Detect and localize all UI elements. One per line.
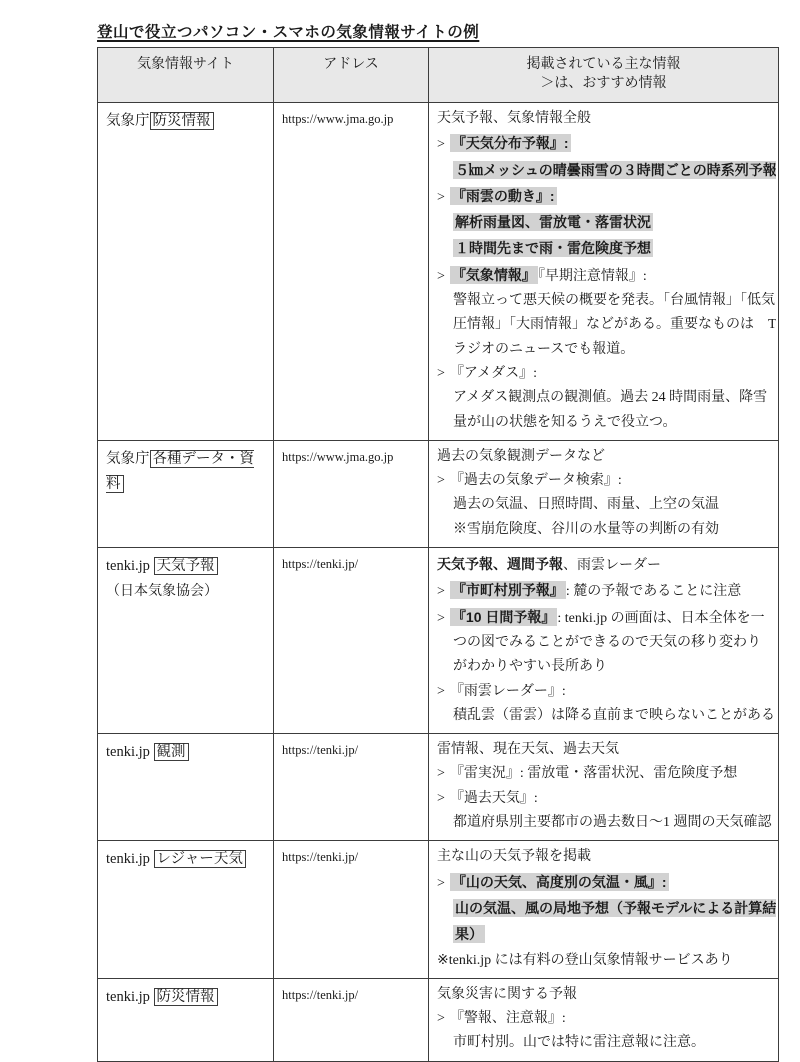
text-segment: 『アメダス』:	[450, 366, 537, 381]
info-line: アメダス観測点の観測値。過去 24 時間雨量、降雪	[437, 386, 776, 410]
info-line: ※tenki.jp には有料の登山気象情報サービスあり	[437, 949, 776, 973]
info-line: >『雨雲の動き』:	[437, 184, 776, 210]
info-line: 量が山の状態を知るうえで役立つ。	[437, 411, 776, 435]
info-cell: 主な山の天気予報を掲載>『山の天気、高度別の気温・風』:山の気温、風の局地予想（…	[429, 841, 779, 978]
text-segment: つの図でみることができるので天気の移り変わり	[453, 635, 761, 650]
document-page: 登山で役立つパソコン・スマホの気象情報サイトの例 気象情報サイト アドレス 掲載…	[0, 0, 800, 997]
text-segment: 『過去の気象データ検索』:	[450, 473, 622, 488]
site-name: 気象庁	[106, 113, 150, 129]
info-line: >『気象情報』『早期注意情報』:	[437, 263, 776, 289]
site-name: tenki.jp	[106, 989, 154, 1005]
table-row: 気象庁防災情報https://www.jma.go.jp天気予報、気象情報全般>…	[98, 103, 779, 441]
weather-sites-table: 気象情報サイト アドレス 掲載されている主な情報 ＞は、おすすめ情報 気象庁防災…	[97, 47, 779, 1062]
info-line: 解析雨量図、雷放電・落雷状況	[437, 210, 776, 236]
text-segment: 天気予報、気象情報全般	[437, 111, 591, 126]
recommend-marker: >	[437, 269, 445, 284]
table-row: 気象庁各種データ・資料https://www.jma.go.jp過去の気象観測デ…	[98, 440, 779, 547]
header-info-line1: 掲載されている主な情報	[433, 55, 774, 74]
text-segment: 過去の気象観測データなど	[437, 449, 605, 464]
text-segment: 『天気分布予報』:	[450, 134, 571, 152]
recommend-marker: >	[437, 1011, 445, 1026]
address-cell: https://tenki.jp/	[274, 978, 429, 1061]
text-segment: : 麓の予報であることに注意	[566, 584, 741, 599]
header-site: 気象情報サイト	[98, 48, 274, 103]
info-line: 気象災害に関する予報	[437, 983, 776, 1007]
info-cell: 気象災害に関する予報>『警報、注意報』:市町村別。山では特に雷注意報に注意。	[429, 978, 779, 1061]
recommend-marker: >	[437, 876, 445, 891]
site-cell: tenki.jp 防災情報	[98, 978, 274, 1061]
site-name-line: tenki.jp 天気予報	[106, 554, 269, 579]
text-segment: 圧情報」「大雨情報」などがある。重要なものは TV・	[453, 317, 776, 332]
site-name-line: 気象庁各種データ・資料	[106, 447, 269, 497]
text-segment: 『山の天気、高度別の気温・風』:	[450, 873, 669, 891]
address-cell: https://www.jma.go.jp	[274, 440, 429, 547]
info-line: 天気予報、週間予報、雨雲レーダー	[437, 552, 776, 578]
text-segment: 『早期注意情報』:	[538, 269, 647, 284]
site-name-line: tenki.jp レジャー天気	[106, 847, 269, 872]
address-cell: https://www.jma.go.jp	[274, 103, 429, 441]
text-segment: 『雨雲の動き』:	[450, 187, 557, 205]
site-cell: 気象庁各種データ・資料	[98, 440, 274, 547]
info-cell: 天気予報、週間予報、雨雲レーダー>『市町村別予報』: 麓の予報であることに注意>…	[429, 548, 779, 734]
address-cell: https://tenki.jp/	[274, 734, 429, 841]
info-line: 圧情報」「大雨情報」などがある。重要なものは TV・	[437, 313, 776, 337]
text-segment: 山の気温、風の局地予想（予報モデルによる計算結	[453, 899, 776, 917]
text-segment: 主な山の天気予報を掲載	[437, 849, 591, 864]
info-line: 積乱雲（雷雲）は降る直前まで映らないことがある	[437, 704, 776, 728]
table-row: tenki.jp 天気予報（日本気象協会）https://tenki.jp/天気…	[98, 548, 779, 734]
text-segment: 雷情報、現在天気、過去天気	[437, 742, 619, 757]
info-line: >『雨雲レーダー』:	[437, 680, 776, 704]
text-segment: ラジオのニュースでも報道。	[453, 342, 634, 357]
info-line: 市町村別。山では特に雷注意報に注意。	[437, 1031, 776, 1055]
site-cell: tenki.jp レジャー天気	[98, 841, 274, 978]
site-category-box: 観測	[154, 743, 189, 761]
text-segment: 解析雨量図、雷放電・落雷状況	[453, 213, 653, 231]
site-name-line: 気象庁防災情報	[106, 109, 269, 134]
text-segment: がわかりやすい長所あり	[453, 659, 607, 674]
info-cell: 過去の気象観測データなど>『過去の気象データ検索』:過去の気温、日照時間、雨量、…	[429, 440, 779, 547]
site-name: 気象庁	[106, 451, 150, 467]
page-title: 登山で役立つパソコン・スマホの気象情報サイトの例	[97, 20, 479, 42]
text-segment: 果）	[453, 925, 485, 943]
site-cell: tenki.jp 天気予報（日本気象協会）	[98, 548, 274, 734]
header-row: 気象情報サイト アドレス 掲載されている主な情報 ＞は、おすすめ情報	[98, 48, 779, 103]
text-segment: アメダス観測点の観測値。過去 24 時間雨量、降雪	[453, 390, 767, 405]
table-header: 気象情報サイト アドレス 掲載されている主な情報 ＞は、おすすめ情報	[98, 48, 779, 103]
info-line: >『雷実況』: 雷放電・落雷状況、雷危険度予想	[437, 762, 776, 786]
recommend-marker: >	[437, 611, 445, 626]
text-segment: 都道府県別主要都市の過去数日～1 週間の天気確認	[453, 815, 772, 830]
text-segment: 警報立って悪天候の概要を発表。「台風情報」「低気	[453, 293, 775, 308]
text-segment: 市町村別。山では特に雷注意報に注意。	[453, 1035, 705, 1050]
table-body: 気象庁防災情報https://www.jma.go.jp天気予報、気象情報全般>…	[98, 103, 779, 1062]
site-cell: 気象庁防災情報	[98, 103, 274, 441]
text-segment: ※tenki.jp には有料の登山気象情報サービスあり	[437, 953, 733, 968]
text-segment: 『雨雲レーダー』:	[450, 684, 566, 699]
info-line: >『山の天気、高度別の気温・風』:	[437, 870, 776, 896]
info-line: >『アメダス』:	[437, 362, 776, 386]
table-row: tenki.jp レジャー天気https://tenki.jp/主な山の天気予報…	[98, 841, 779, 978]
recommend-marker: >	[437, 366, 445, 381]
text-segment: ※雪崩危険度、谷川の水量等の判断の有効	[453, 522, 719, 537]
recommend-marker: >	[437, 190, 445, 205]
info-line: 過去の気象観測データなど	[437, 445, 776, 469]
info-line: 天気予報、気象情報全般	[437, 107, 776, 131]
header-info-line2: ＞は、おすすめ情報	[433, 74, 774, 93]
text-segment: 『過去天気』:	[450, 791, 538, 806]
site-name: tenki.jp	[106, 744, 154, 760]
text-segment: : tenki.jp の画面は、日本全体を一	[557, 611, 764, 626]
info-line: 山の気温、風の局地予想（予報モデルによる計算結	[437, 896, 776, 922]
text-segment: 『雷実況』: 雷放電・落雷状況、雷危険度予想	[450, 766, 737, 781]
text-segment: １時間先まで雨・雷危険度予想	[453, 239, 653, 257]
recommend-marker: >	[437, 766, 445, 781]
text-segment: 天気予報、週間予報	[437, 556, 563, 572]
info-line: >『天気分布予報』:	[437, 131, 776, 157]
info-line: がわかりやすい長所あり	[437, 655, 776, 679]
info-line: >『10 日間予報』: tenki.jp の画面は、日本全体を一	[437, 605, 776, 631]
site-name-line: tenki.jp 観測	[106, 740, 269, 765]
address-cell: https://tenki.jp/	[274, 841, 429, 978]
text-segment: 『気象情報』	[450, 266, 538, 284]
recommend-marker: >	[437, 473, 445, 488]
info-line: ５㎞メッシュの晴曇雨雪の３時間ごとの時系列予報	[437, 158, 776, 184]
site-category-box: 天気予報	[154, 557, 218, 575]
recommend-marker: >	[437, 684, 445, 699]
address-cell: https://tenki.jp/	[274, 548, 429, 734]
text-segment: 『市町村別予報』	[450, 581, 566, 599]
info-line: >『過去天気』:	[437, 787, 776, 811]
header-info: 掲載されている主な情報 ＞は、おすすめ情報	[429, 48, 779, 103]
info-cell: 天気予報、気象情報全般>『天気分布予報』:５㎞メッシュの晴曇雨雪の３時間ごとの時…	[429, 103, 779, 441]
info-line: 果）	[437, 922, 776, 948]
site-name: tenki.jp	[106, 851, 154, 867]
recommend-marker: >	[437, 137, 445, 152]
text-segment: 気象災害に関する予報	[437, 987, 577, 1002]
info-line: １時間先まで雨・雷危険度予想	[437, 236, 776, 262]
site-category-box: 防災情報	[154, 988, 218, 1006]
site-subtitle: （日本気象協会）	[106, 579, 269, 604]
text-segment: 過去の気温、日照時間、雨量、上空の気温	[453, 497, 719, 512]
info-line: >『市町村別予報』: 麓の予報であることに注意	[437, 578, 776, 604]
text-segment: 量が山の状態を知るうえで役立つ。	[453, 415, 676, 430]
site-category-box: レジャー天気	[154, 850, 246, 868]
site-name: tenki.jp	[106, 558, 154, 574]
text-segment: 『警報、注意報』:	[450, 1011, 566, 1026]
table-row: tenki.jp 防災情報https://tenki.jp/気象災害に関する予報…	[98, 978, 779, 1061]
info-line: 警報立って悪天候の概要を発表。「台風情報」「低気	[437, 289, 776, 313]
table-row: tenki.jp 観測https://tenki.jp/雷情報、現在天気、過去天…	[98, 734, 779, 841]
info-line: 過去の気温、日照時間、雨量、上空の気温	[437, 493, 776, 517]
text-segment: 、雨雲レーダー	[563, 558, 661, 573]
text-segment: 積乱雲（雷雲）は降る直前まで映らないことがある	[453, 708, 775, 723]
text-segment: 『10 日間予報』	[450, 608, 557, 626]
site-cell: tenki.jp 観測	[98, 734, 274, 841]
info-line: >『警報、注意報』:	[437, 1007, 776, 1031]
recommend-marker: >	[437, 791, 445, 806]
info-line: ※雪崩危険度、谷川の水量等の判断の有効	[437, 518, 776, 542]
site-category-box: 防災情報	[150, 112, 214, 130]
info-line: 都道府県別主要都市の過去数日～1 週間の天気確認	[437, 811, 776, 835]
info-line: つの図でみることができるので天気の移り変わり	[437, 631, 776, 655]
info-line: ラジオのニュースでも報道。	[437, 338, 776, 362]
info-line: 雷情報、現在天気、過去天気	[437, 738, 776, 762]
info-cell: 雷情報、現在天気、過去天気>『雷実況』: 雷放電・落雷状況、雷危険度予想>『過去…	[429, 734, 779, 841]
text-segment: ５㎞メッシュの晴曇雨雪の３時間ごとの時系列予報	[453, 161, 776, 179]
recommend-marker: >	[437, 584, 445, 599]
header-address: アドレス	[274, 48, 429, 103]
info-line: 主な山の天気予報を掲載	[437, 845, 776, 869]
info-line: >『過去の気象データ検索』:	[437, 469, 776, 493]
site-name-line: tenki.jp 防災情報	[106, 985, 269, 1010]
